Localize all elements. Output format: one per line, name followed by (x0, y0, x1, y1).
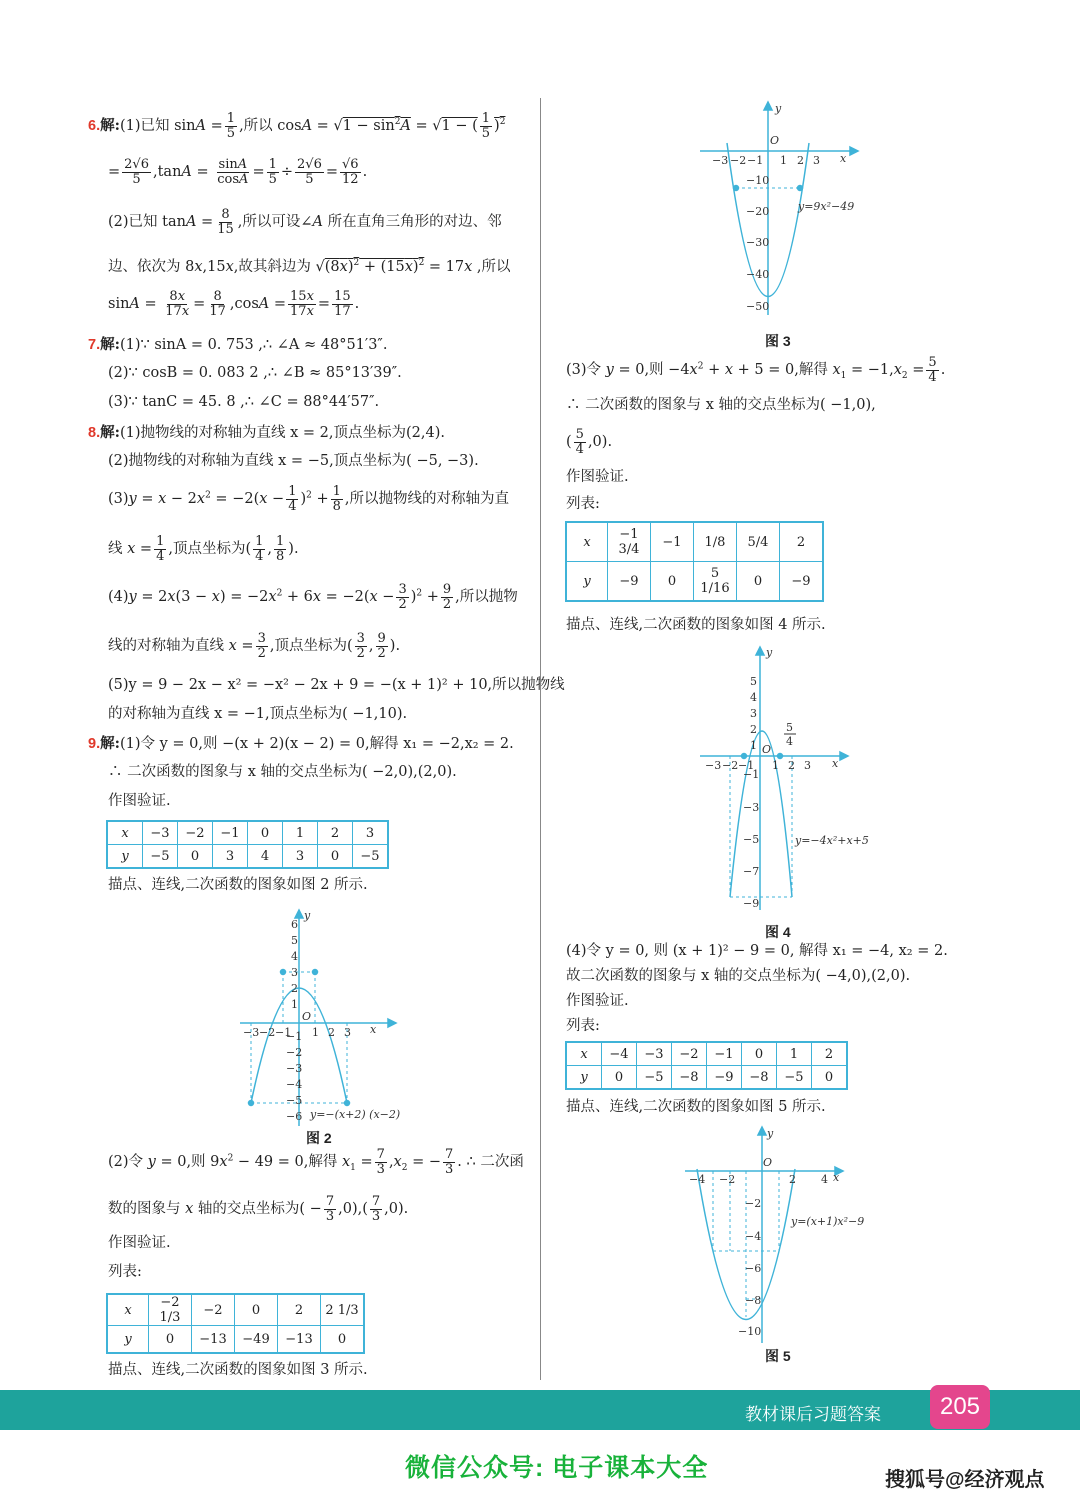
svg-text:−3: −3 (743, 801, 759, 814)
svg-text:−2: −2 (286, 1046, 302, 1059)
svg-text:y: y (303, 909, 311, 922)
svg-text:3: 3 (344, 1026, 351, 1039)
problem-6-line-5: sinA = 8x17x=817,cosA =15x17x=1517. (108, 290, 359, 318)
problem-9-part2-line-1: (2)令 y = 0,则 9x2 − 49 = 0,解得 x1 =73,x2 =… (108, 1148, 524, 1176)
svg-text:O: O (763, 1156, 772, 1169)
svg-text:1: 1 (291, 998, 298, 1011)
table-row-x: x −2 1/3 −2 0 2 2 1/3 (107, 1294, 364, 1326)
table-row-x: x −3 −2 −1 0 1 2 3 (107, 821, 388, 845)
problem-8-line-1: 8.解:(1)抛物线的对称轴为直线 x = 2,顶点坐标为(2,4). (88, 424, 445, 442)
problem-6-line-1: 6.解:(1)已知 sinA =15,所以 cosA = √1 − sin2A … (88, 112, 505, 140)
figure-4-caption: 图 4 (765, 922, 791, 942)
svg-text:y: y (765, 646, 773, 659)
svg-text:−2: −2 (259, 1026, 275, 1039)
svg-text:−30: −30 (746, 236, 769, 249)
table-row-y: y 0 −13 −49 −13 0 (107, 1326, 364, 1354)
problem-9-part2-line-4: 列表: (108, 1264, 142, 1281)
svg-text:−1: −1 (747, 154, 763, 167)
problem-8-line-6: 线的对称轴为直线 x =32,顶点坐标为(32,92). (108, 632, 400, 660)
svg-text:1: 1 (772, 759, 779, 772)
svg-text:−6: −6 (286, 1110, 302, 1123)
svg-text:2: 2 (789, 1173, 796, 1186)
problem-8-line-7: (5)y = 9 − 2x − x² = −x² − 2x + 9 = −(x … (108, 677, 565, 694)
table-row-y: y −5 0 3 4 3 0 −5 (107, 845, 388, 869)
svg-text:−5: −5 (743, 833, 759, 846)
svg-text:4: 4 (291, 950, 298, 963)
svg-text:−9: −9 (743, 897, 759, 910)
table-row-x: x −4 −3 −2 −1 0 1 2 (566, 1042, 847, 1066)
svg-text:y=9x²−49: y=9x²−49 (797, 200, 854, 213)
value-table-fig2: x −3 −2 −1 0 1 2 3 y −5 0 3 4 3 0 −5 (106, 820, 389, 869)
svg-text:−4: −4 (689, 1173, 705, 1186)
svg-text:−4: −4 (286, 1078, 302, 1091)
figure-4-graph: −3−2−1 123 54321 −1−3−5−7−9 Oxy 54 y=−4x… (700, 645, 880, 915)
svg-text:x: x (832, 757, 839, 770)
value-table-fig4: x −1 3/4 −1 1/8 5/4 2 y −9 0 5 1/16 0 −9 (565, 521, 824, 602)
table-row-x: x −1 3/4 −1 1/8 5/4 2 (566, 522, 823, 562)
svg-text:−3: −3 (243, 1026, 259, 1039)
problem-9-part4-line-3: 作图验证. (566, 993, 629, 1010)
figure-3-graph: −3−2−1 123 −10−20−30−40−50 Oxy y=9x²−49 (700, 100, 870, 320)
svg-text:5: 5 (786, 721, 793, 734)
svg-text:−50: −50 (746, 300, 769, 313)
problem-9-part2-line-3: 作图验证. (108, 1235, 171, 1252)
problem-9-part3-line-2: ∴ 二次函数的图象与 x 轴的交点坐标为( −1,0), (566, 397, 876, 414)
svg-text:1: 1 (750, 739, 757, 752)
svg-text:−40: −40 (746, 268, 769, 281)
problem-9-line-2: ∴ 二次函数的图象与 x 轴的交点坐标为( −2,0),(2,0). (108, 764, 457, 781)
svg-text:2: 2 (797, 154, 804, 167)
svg-text:−3: −3 (705, 759, 721, 772)
svg-text:5: 5 (750, 675, 757, 688)
problem-8-line-4: 线 x =14,顶点坐标为(14,18). (108, 535, 299, 563)
svg-text:−7: −7 (743, 865, 759, 878)
svg-text:y=(x+1)x²−9: y=(x+1)x²−9 (790, 1215, 864, 1228)
svg-text:−1: −1 (743, 768, 759, 781)
svg-text:4: 4 (786, 735, 793, 748)
svg-text:O: O (770, 134, 779, 147)
problem-9-part3-line-1: (3)令 y = 0,则 −4x2 + x + 5 = 0,解得 x1 = −1… (566, 356, 945, 384)
svg-text:−2: −2 (730, 154, 746, 167)
sohu-watermark: 搜狐号@经济观点 (885, 1463, 1045, 1492)
svg-text:y=−(x+2) (x−2): y=−(x+2) (x−2) (309, 1108, 400, 1121)
svg-text:−20: −20 (746, 205, 769, 218)
problem-9-part3-after: 描点、连线,二次函数的图象如图 4 所示. (566, 617, 826, 634)
problem-9-part4-line-4: 列表: (566, 1018, 600, 1035)
problem-6-line-2: =2√65,tanA = sinAcosA=15÷2√65=√612. (108, 158, 367, 186)
problem-9-part4-line-2: 故二次函数的图象与 x 轴的交点坐标为( −4,0),(2,0). (566, 968, 910, 985)
svg-text:−1: −1 (286, 1030, 302, 1043)
figure-2-graph: −3−2−1 123 654321 −1−2−3−4−5−6 Oxy y=−(x… (240, 908, 420, 1128)
svg-text:−2: −2 (719, 1173, 735, 1186)
svg-text:2: 2 (750, 723, 757, 736)
footer-band (0, 1390, 1080, 1430)
problem-9-line-3: 作图验证. (108, 793, 171, 810)
svg-text:2: 2 (788, 759, 795, 772)
svg-text:4: 4 (750, 691, 757, 704)
svg-text:−2: −2 (745, 1197, 761, 1210)
problem-9-line-1: 9.解:(1)令 y = 0,则 −(x + 2)(x − 2) = 0,解得 … (88, 735, 514, 753)
problem-8-line-2: (2)抛物线的对称轴为直线 x = −5,顶点坐标为( −5, −3). (108, 453, 479, 470)
problem-6-line-3: (2)已知 tanA =815,所以可设∠A 所在直角三角形的对边、邻 (108, 208, 502, 236)
svg-text:x: x (840, 152, 847, 165)
figure-5-graph: −4−224 −2−4−6−8−10 Oxy y=(x+1)x²−9 (685, 1125, 875, 1345)
footer-section-title: 教材课后习题答案 (745, 1400, 881, 1425)
problem-7-line-3: (3)∵ tanC = 45. 8 ,∴ ∠C = 88°44′57″. (108, 394, 379, 411)
svg-text:1: 1 (312, 1026, 319, 1039)
table-row-y: y −9 0 5 1/16 0 −9 (566, 562, 823, 602)
problem-9-part3-line-4: 作图验证. (566, 469, 629, 486)
problem-6-line-4: 边、依次为 8x,15x,故其斜边为 √(8x)2 + (15x)2 = 17x… (108, 258, 511, 276)
figure-2-caption: 图 2 (306, 1128, 332, 1148)
svg-text:2: 2 (328, 1026, 335, 1039)
problem-9-part3-line-5: 列表: (566, 496, 600, 513)
svg-text:3: 3 (813, 154, 820, 167)
svg-text:3: 3 (291, 966, 298, 979)
svg-text:−4: −4 (745, 1230, 761, 1243)
svg-text:4: 4 (821, 1173, 828, 1186)
value-table-fig5: x −4 −3 −2 −1 0 1 2 y 0 −5 −8 −9 −8 −5 0 (565, 1041, 848, 1090)
value-table-fig3: x −2 1/3 −2 0 2 2 1/3 y 0 −13 −49 −13 0 (106, 1293, 365, 1354)
svg-text:y=−4x²+x+5: y=−4x²+x+5 (794, 834, 869, 847)
svg-text:3: 3 (804, 759, 811, 772)
svg-text:−3: −3 (712, 154, 728, 167)
problem-8-line-3: (3)y = x − 2x2 = −2(x −14)2 +18,所以抛物线的对称… (108, 485, 509, 513)
svg-text:−8: −8 (745, 1294, 761, 1307)
svg-text:O: O (302, 1010, 311, 1023)
svg-text:6: 6 (291, 918, 298, 931)
figure-5-caption: 图 5 (765, 1346, 791, 1366)
wechat-watermark: 微信公众号: 电子课本大全 (405, 1448, 708, 1484)
svg-text:x: x (370, 1023, 377, 1036)
svg-text:O: O (762, 743, 771, 756)
svg-text:−2: −2 (722, 759, 738, 772)
svg-text:−10: −10 (738, 1325, 761, 1338)
problem-9-part2-line-2: 数的图象与 x 轴的交点坐标为( −73,0),(73,0). (108, 1195, 408, 1223)
svg-text:−5: −5 (286, 1094, 302, 1107)
svg-text:2: 2 (291, 982, 298, 995)
svg-text:x: x (833, 1171, 840, 1184)
table-row-y: y 0 −5 −8 −9 −8 −5 0 (566, 1066, 847, 1090)
column-divider (540, 98, 541, 1380)
problem-9-part1-after: 描点、连线,二次函数的图象如图 2 所示. (108, 877, 368, 894)
svg-text:−10: −10 (746, 174, 769, 187)
problem-8-line-8: 的对称轴为直线 x = −1,顶点坐标为( −1,10). (108, 706, 407, 723)
svg-text:y: y (774, 102, 782, 115)
problem-7-line-2: (2)∵ cosB = 0. 083 2 ,∴ ∠B ≈ 85°13′39″. (108, 365, 402, 382)
problem-7-line-1: 7.解:(1)∵ sinA = 0. 753 ,∴ ∠A ≈ 48°51′3″. (88, 336, 387, 354)
svg-text:3: 3 (750, 707, 757, 720)
problem-9-part4-after: 描点、连线,二次函数的图象如图 5 所示. (566, 1099, 826, 1116)
svg-text:−3: −3 (286, 1062, 302, 1075)
problem-9-part3-line-3: (54,0). (566, 428, 612, 456)
problem-number: 6. (88, 118, 100, 134)
figure-3-caption: 图 3 (765, 331, 791, 351)
problem-9-part4-line-1: (4)令 y = 0, 则 (x + 1)² − 9 = 0, 解得 x₁ = … (566, 943, 948, 960)
page-number-badge: 205 (930, 1385, 990, 1429)
svg-text:1: 1 (780, 154, 787, 167)
svg-text:5: 5 (291, 934, 298, 947)
svg-text:−6: −6 (745, 1262, 761, 1275)
svg-text:y: y (766, 1127, 774, 1140)
problem-8-line-5: (4)y = 2x(3 − x) = −2x2 + 6x = −2(x −32)… (108, 583, 518, 611)
problem-9-part2-after: 描点、连线,二次函数的图象如图 3 所示. (108, 1362, 368, 1379)
